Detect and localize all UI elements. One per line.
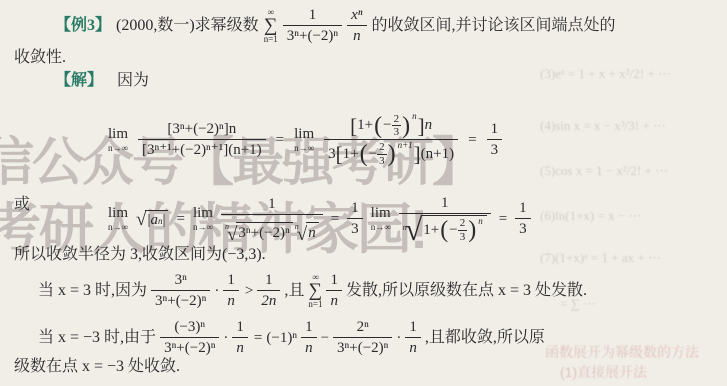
- fraction-denominator: 3ⁿ+(−2)ⁿ: [160, 337, 219, 358]
- limit-operator: lim n→∞: [193, 206, 213, 232]
- fraction-denominator: n: [347, 25, 366, 46]
- fraction-denominator: 3: [392, 125, 402, 139]
- reciprocal-root-fraction: 1 n √ 1+ ( − 2 3: [399, 194, 491, 243]
- fraction-numerator: 1: [405, 318, 421, 337]
- ratio-fraction: [3ⁿ+(−2)ⁿ]n [3ⁿ⁺¹+(−2)ⁿ⁺¹](n+1): [138, 120, 266, 160]
- fraction-numerator: 2ⁿ: [333, 318, 392, 337]
- case-conclusion-text: 发散,所以原级数在点 x = 3 处发散.: [346, 281, 587, 301]
- one-over-n-fraction: 1 n: [232, 318, 248, 358]
- equals-sign: =: [468, 132, 476, 149]
- one-over-n-fraction: 1 n: [405, 318, 421, 358]
- term-text: 1+: [343, 145, 359, 164]
- case-conclusion-text: ,且都收敛,所以原: [425, 328, 545, 348]
- solution-heading-row: 【解】 因为: [55, 70, 149, 92]
- radicand-expression: 1+ ( − 2 3 ) n: [423, 217, 483, 243]
- showthrough-line: (5)cos x = 1 − x²/2! + ⋯: [540, 163, 668, 179]
- fraction-numerator: 1: [257, 271, 280, 290]
- fraction-numerator: 1: [347, 199, 363, 218]
- fraction-denominator: 3: [515, 218, 531, 239]
- fraction-numerator: 1: [487, 120, 503, 139]
- lim-subscript: n→∞: [108, 223, 128, 232]
- two-thirds-fraction: 2 3: [458, 217, 468, 243]
- or-text: 或: [14, 195, 30, 215]
- nth-root-of-n: n √ n: [295, 222, 319, 243]
- limit-operator: lim n→∞: [108, 127, 128, 153]
- lim-label: lim: [371, 205, 391, 221]
- lim-subscript: n→∞: [294, 144, 314, 153]
- greater-than-sign: >: [245, 283, 253, 300]
- fraction-numerator: 1: [515, 199, 531, 218]
- problem-source-text: (2000,数一)求幂级数: [116, 16, 259, 36]
- radicand: 3ⁿ+(−2)ⁿ: [236, 222, 292, 243]
- sum-lower-limit: n=1: [308, 300, 322, 309]
- term-fraction: 2ⁿ 3ⁿ+(−2)ⁿ: [333, 318, 392, 358]
- alternating-sign-term: (−1)ⁿ: [266, 330, 297, 347]
- fraction-denominator: 3 [ 1+ ( − 2 3 ) n+1 ] (n+1): [324, 139, 458, 167]
- dot-operator: ·: [214, 283, 219, 300]
- result-one-third: 1 3: [515, 199, 531, 239]
- sigma-operator: ∑: [264, 17, 278, 35]
- nth-root: n √ 1+ ( − 2 3 ): [403, 215, 487, 243]
- final-conclusion-text: 级数在点 x = −3 处收敛.: [14, 357, 180, 377]
- limit-operator: lim n→∞: [294, 127, 314, 153]
- root-of-abs-an: √ |an|: [136, 210, 168, 229]
- dot-operator: ·: [396, 330, 401, 347]
- equals-sign: =: [254, 330, 262, 347]
- sum-lower-limit: n=1: [264, 35, 278, 44]
- fraction-numerator: [ 1+ ( − 2 3 ) n ] n: [324, 113, 458, 139]
- equals-sign: =: [176, 211, 184, 228]
- roots-product: n √ 3ⁿ+(−2)ⁿ n √ n: [225, 222, 319, 243]
- coefficient-three: 3: [328, 145, 336, 164]
- case-lead-text: 当 x = −3 时,由于: [38, 328, 156, 348]
- fraction-numerator: 1: [326, 271, 342, 290]
- fraction-denominator: 3ⁿ+(−2)ⁿ: [333, 337, 392, 358]
- solution-tag: 【解】: [55, 71, 103, 91]
- fraction-denominator: 3ⁿ+(−2)ⁿ: [151, 290, 210, 311]
- fraction-denominator: n: [326, 290, 342, 311]
- term-fraction: 3ⁿ 3ⁿ+(−2)ⁿ: [151, 271, 210, 311]
- fraction-denominator: 3: [377, 154, 387, 168]
- showthrough-line: (3)eˣ = 1 + x + x²/2! + ⋯: [540, 66, 671, 82]
- fraction-denominator: n: [223, 290, 239, 311]
- example-tag: 【例3】: [55, 16, 111, 36]
- term-fraction: (−3)ⁿ 3ⁿ+(−2)ⁿ: [160, 318, 219, 358]
- solution-lead-text: 因为: [117, 71, 149, 91]
- factor-n-plus-1: (n+1): [421, 145, 454, 164]
- exponent: n: [412, 111, 417, 122]
- abs-bar: |: [162, 212, 165, 228]
- one-third-coefficient: 1 3: [347, 199, 363, 239]
- lim-subscript: n→∞: [108, 144, 128, 153]
- minus-sign: −: [449, 221, 457, 240]
- equals-sign: =: [331, 211, 339, 228]
- fraction-denominator: n √ 3ⁿ+(−2)ⁿ n √ n: [221, 214, 323, 243]
- one-over-2n-fraction: 1 2n: [257, 271, 280, 311]
- lim-label: lim: [193, 205, 213, 221]
- final-conclusion-row: 级数在点 x = −3 处收敛.: [14, 356, 180, 378]
- exponent: n: [478, 216, 483, 227]
- factor-n: n: [425, 116, 433, 135]
- equals-sign: =: [276, 132, 284, 149]
- formula-ratio-limit-row: lim n→∞ [3ⁿ+(−2)ⁿ]n [3ⁿ⁺¹+(−2)ⁿ⁺¹](n+1) …: [108, 98, 502, 182]
- coefficient-fraction: 1 3ⁿ+(−2)ⁿ: [283, 6, 342, 46]
- summation-symbol: ∞ ∑ n=1: [308, 273, 322, 309]
- minus-sign: −: [321, 330, 329, 347]
- fraction-numerator: 2: [377, 141, 387, 154]
- fraction-numerator: xⁿ: [347, 6, 366, 25]
- one-over-n-fraction: 1 n: [301, 318, 317, 358]
- limit-operator: lim n→∞: [108, 206, 128, 232]
- fraction-denominator: 3: [347, 218, 363, 239]
- problem-heading-row: 【例3】 (2000,数一)求幂级数 ∞ ∑ n=1 1 3ⁿ+(−2)ⁿ xⁿ…: [55, 0, 616, 52]
- showthrough-line: (7)(1+x)ᵃ = 1 + ax + ⋯: [540, 250, 661, 266]
- fraction-denominator: n √ 1+ ( − 2 3 ): [399, 213, 491, 243]
- case-x-equals-3-row: 当 x = 3 时,因为 3ⁿ 3ⁿ+(−2)ⁿ · 1 n > 1 2n ,且…: [38, 268, 587, 314]
- reciprocal-roots-fraction: 1 n √ 3ⁿ+(−2)ⁿ n √ n: [221, 195, 323, 243]
- dot-operator: ·: [223, 330, 228, 347]
- lim-label: lim: [294, 126, 314, 142]
- radicand: n: [306, 222, 319, 243]
- fraction-numerator: 1: [223, 271, 239, 290]
- showthrough-pink-line: 函数展开为幂级数的方法: [545, 342, 699, 362]
- case-lead-text: 当 x = 3 时,因为: [38, 281, 147, 301]
- radius-conclusion-text: 所以收敛半径为 3,收敛区间为(−3,3).: [14, 245, 266, 265]
- problem-continuation-text: 收敛性.: [14, 48, 66, 68]
- problem-continuation-row: 收敛性.: [14, 47, 66, 69]
- fraction-denominator: 3: [458, 230, 468, 244]
- radicand: 1+ ( − 2 3 ) n: [421, 215, 486, 243]
- or-row: 或: [14, 194, 30, 216]
- exponent: n+1: [398, 140, 413, 151]
- fraction-numerator: 1: [221, 195, 323, 214]
- lim-label: lim: [108, 205, 128, 221]
- fraction-numerator: (−3)ⁿ: [160, 318, 219, 337]
- lim-subscript: n→∞: [193, 223, 213, 232]
- fraction-denominator: 3: [487, 139, 503, 160]
- term-text: 1+: [423, 221, 439, 240]
- fraction-numerator: [3ⁿ+(−2)ⁿ]n: [138, 120, 266, 139]
- radicand: |an|: [145, 210, 168, 229]
- textbook-page: 信公众号【最强考研】 考研人的精神家园! (3)eˣ = 1 + x + x²/…: [0, 0, 727, 386]
- radius-conclusion-row: 所以收敛半径为 3,收敛区间为(−3,3).: [14, 244, 266, 266]
- limit-operator: lim n→∞: [371, 206, 391, 232]
- showthrough-pink-line: (1)直接展开法: [560, 362, 647, 382]
- fraction-denominator: n: [232, 337, 248, 358]
- result-one-third: 1 3: [487, 120, 503, 160]
- fraction-denominator: n: [301, 337, 317, 358]
- two-thirds-fraction: 2 3: [377, 141, 387, 167]
- lim-subscript: n→∞: [371, 223, 391, 232]
- problem-statement-text: 的收敛区间,并讨论该区间端点处的: [372, 16, 616, 36]
- power-term-fraction: xⁿ n: [347, 6, 366, 46]
- fraction-numerator: 3ⁿ: [151, 271, 210, 290]
- simplified-ratio-fraction: [ 1+ ( − 2 3 ) n ] n 3 [: [324, 113, 458, 168]
- minus-sign: −: [383, 116, 391, 135]
- term-text: 1+: [357, 116, 373, 135]
- sequence-a: a: [150, 212, 158, 228]
- fraction-denominator: [3ⁿ⁺¹+(−2)ⁿ⁺¹](n+1): [138, 139, 266, 160]
- case-x-equals-minus-3-row: 当 x = −3 时,由于 (−3)ⁿ 3ⁿ+(−2)ⁿ · 1 n = (−1…: [38, 316, 545, 360]
- denominator-expression: 3 [ 1+ ( − 2 3 ) n+1 ] (n+1): [328, 141, 454, 167]
- fraction-numerator: 2: [458, 217, 468, 230]
- fraction-numerator: 1: [283, 6, 342, 25]
- sigma-operator: ∑: [308, 282, 322, 300]
- fraction-denominator: 2n: [257, 290, 280, 311]
- fraction-numerator: 1: [301, 318, 317, 337]
- summation-symbol: ∞ ∑ n=1: [264, 8, 278, 44]
- fraction-denominator: n: [405, 337, 421, 358]
- fraction-numerator: 1: [232, 318, 248, 337]
- fraction-numerator: 2: [392, 113, 402, 126]
- nth-root: n √ 3ⁿ+(−2)ⁿ: [225, 222, 293, 243]
- minus-sign: −: [369, 145, 377, 164]
- numerator-expression: [ 1+ ( − 2 3 ) n ] n: [350, 113, 432, 139]
- tall-root: n √ 1+ ( − 2 3 ): [403, 215, 487, 243]
- equals-sign: =: [499, 211, 507, 228]
- two-thirds-fraction: 2 3: [392, 113, 402, 139]
- one-over-n-fraction: 1 n: [223, 271, 239, 311]
- lim-label: lim: [108, 126, 128, 142]
- showthrough-line: (4)sin x = x − x³/3! + ⋯: [540, 118, 666, 134]
- one-over-n-fraction: 1 n: [326, 271, 342, 311]
- fraction-denominator: 3ⁿ+(−2)ⁿ: [283, 25, 342, 46]
- connector-text: ,且: [284, 281, 304, 301]
- radical-sign: √: [405, 216, 423, 243]
- showthrough-line: (6)ln(1+x) = x − ⋯: [540, 208, 641, 224]
